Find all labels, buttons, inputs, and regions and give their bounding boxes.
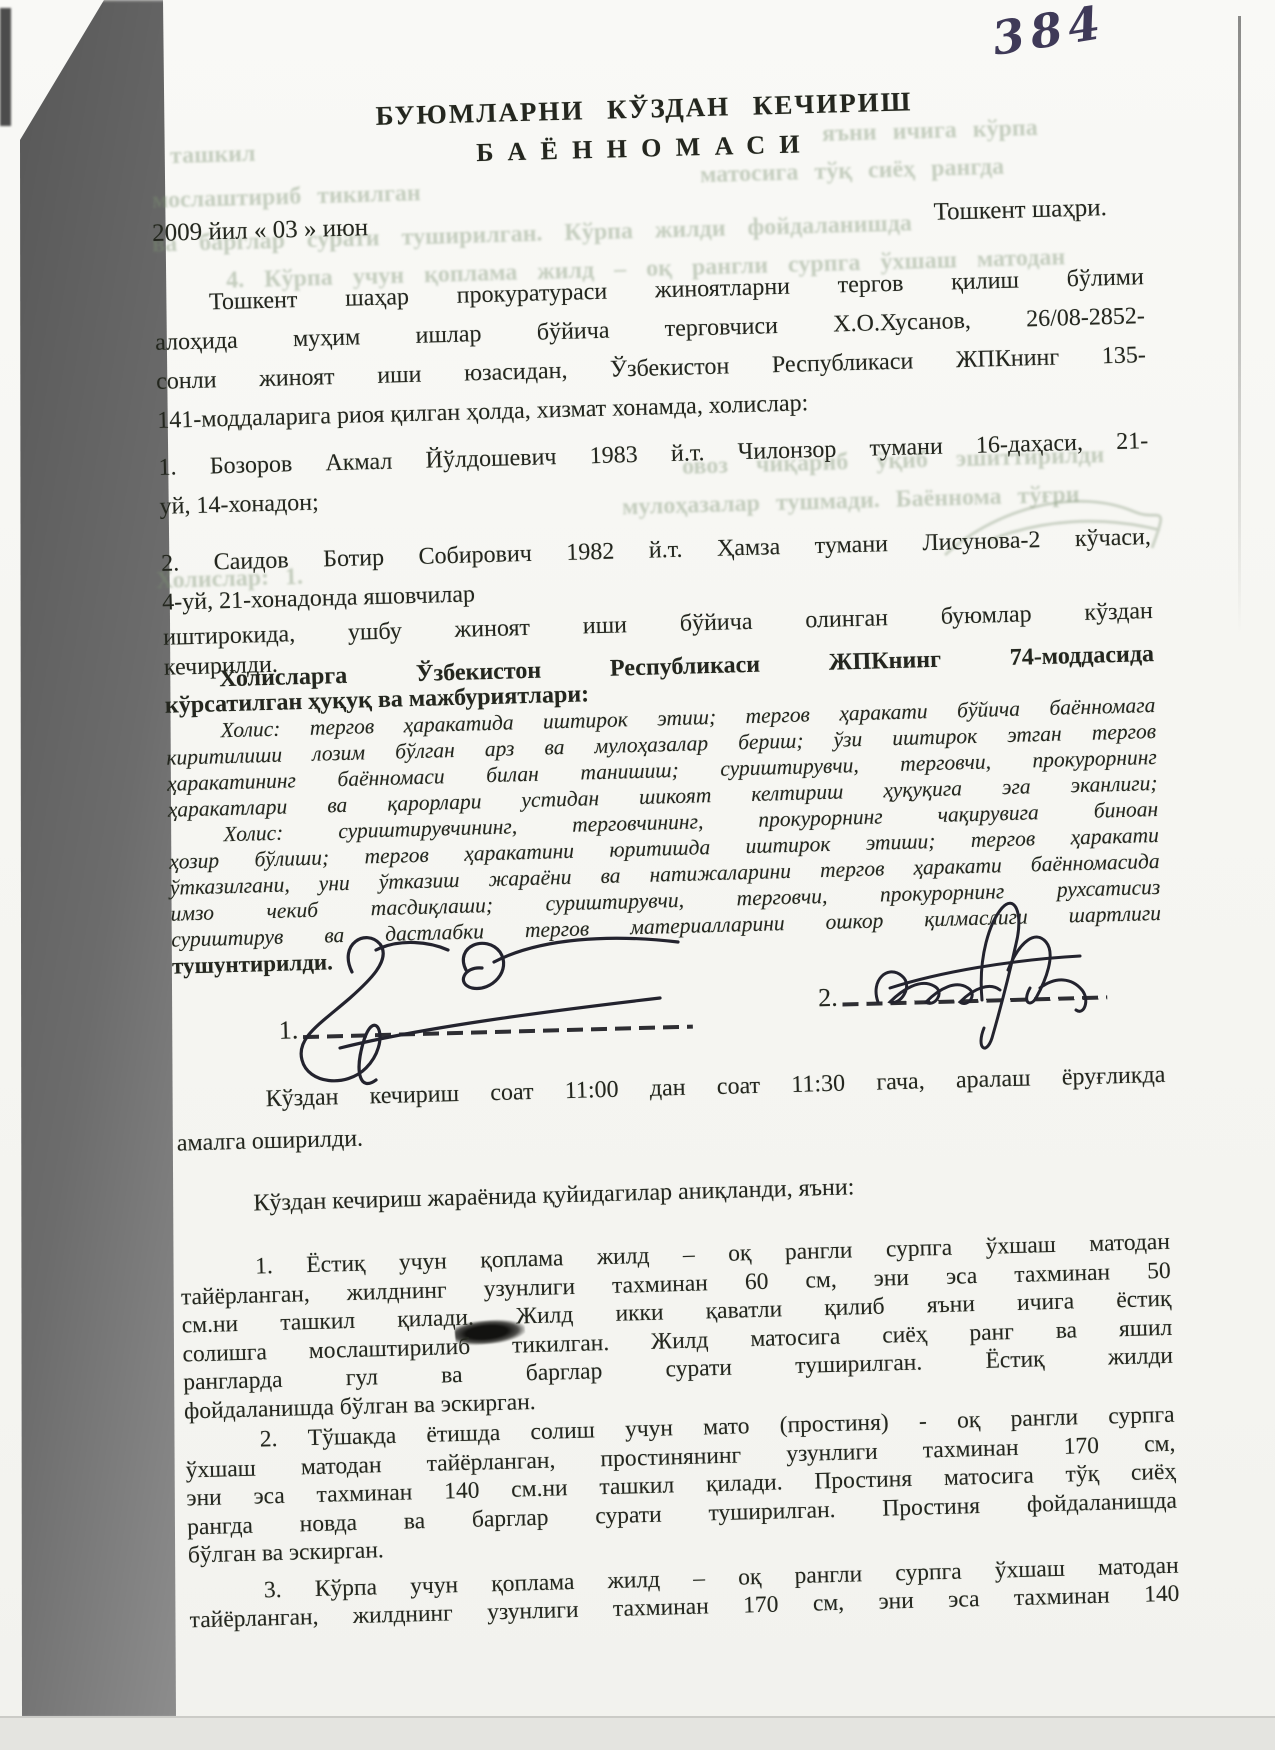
handwritten-signature-1: [280, 920, 700, 1100]
signature-2-label: 2.: [818, 983, 838, 1014]
scanned-document-page: 384 яъни ичига кўрпа ташкил матосига тўқ…: [0, 0, 1275, 1750]
document-title: БУЮМЛАРНИ КЎЗДАН КЕЧИРИШ БАЁННОМАСИ: [224, 77, 1066, 180]
handwritten-signature-2: [850, 860, 1130, 1060]
witness-1-paragraph: 1. Бозоров Акмал Йўлдошевич 1983 й.т. Чи…: [158, 422, 1150, 527]
page-edge-line: [1238, 16, 1241, 636]
date-city-row: 2009 йил « 03 » июн Тошкент шаҳри.: [152, 193, 1143, 256]
scan-bottom-band: [0, 1716, 1275, 1750]
document-city: Тошкент шаҳри.: [933, 193, 1142, 227]
item-2-paragraph: 2. Тўшакда ётишда солиш учун мато (прост…: [185, 1401, 1178, 1570]
findings-heading: Кўздан кечириш жараёнида қуйидагилар ани…: [178, 1162, 1169, 1223]
intro-paragraph: Тошкент шаҳар прокуратураси жиноятларни …: [154, 258, 1148, 441]
scan-edge-sliver: [0, 8, 11, 126]
document-body: БУЮМЛАРНИ КЎЗДАН КЕЧИРИШ БАЁННОМАСИ 2009…: [148, 51, 1180, 1635]
item-1-paragraph: 1. Ёстиқ учун қоплама жилд – оқ рангли с…: [180, 1228, 1174, 1426]
document-date: 2009 йил « 03 » июн: [152, 214, 369, 248]
